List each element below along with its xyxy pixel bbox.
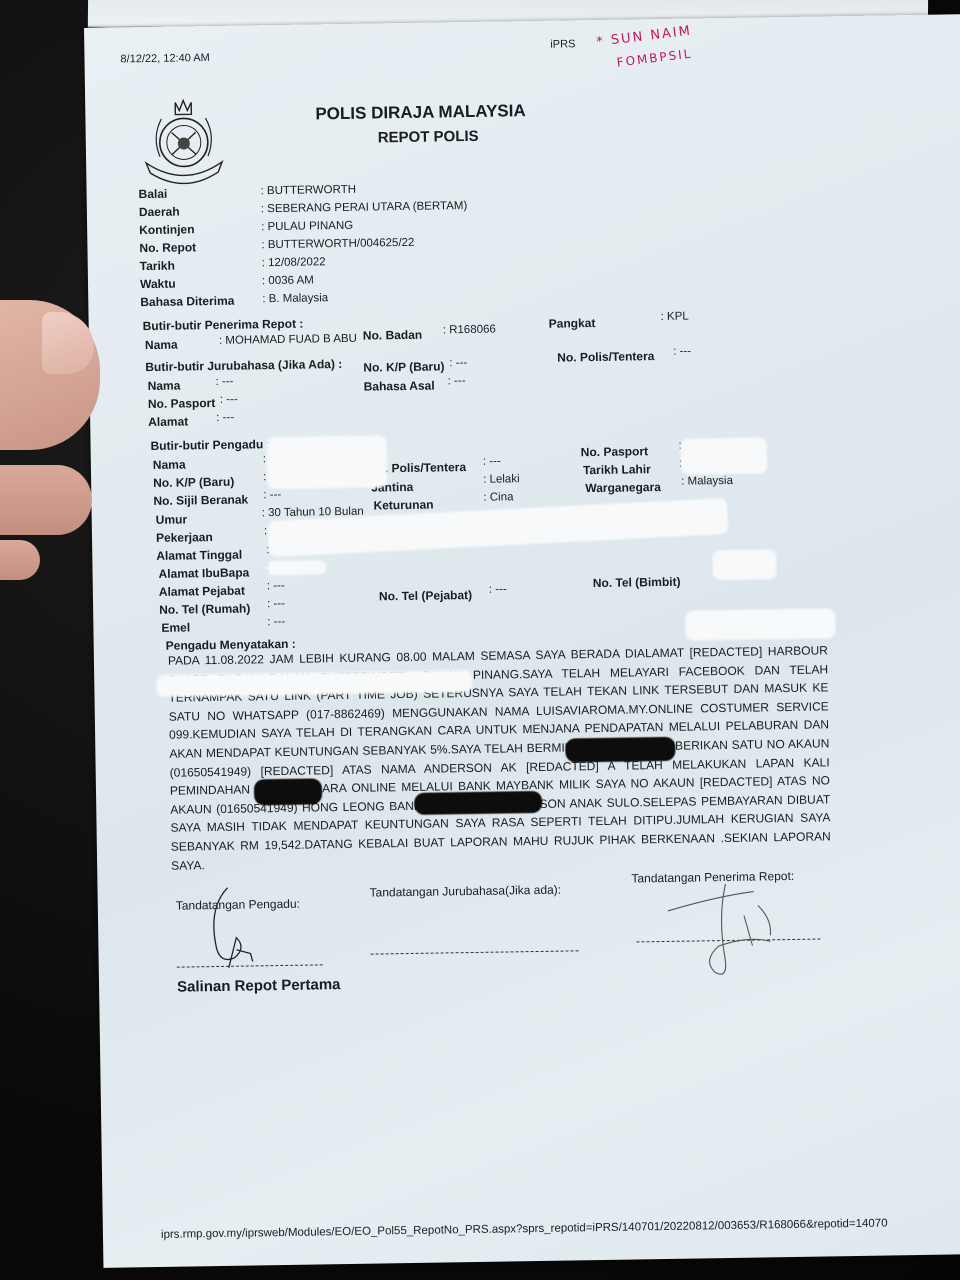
field-label: Emel — [161, 620, 190, 634]
copy-note: Salinan Repot Pertama — [177, 976, 341, 996]
field-value: : --- — [267, 598, 285, 610]
redaction — [414, 791, 542, 815]
field-value: : 0036 AM — [262, 274, 314, 287]
handwritten-note-2: FOMBPSIL — [616, 47, 693, 70]
field-label: No. Pasport — [581, 444, 649, 459]
field-label: No. K/P (Baru) — [363, 359, 444, 374]
police-report-document: 8/12/22, 12:40 AM iPRS * SUN NAIM FOMBPS… — [84, 14, 960, 1268]
field-value: : Lelaki — [483, 473, 520, 486]
field-label: Nama — [148, 379, 181, 394]
report-number: : BUTTERWORTH/004625/22 — [261, 237, 414, 251]
field-label: No. Tel (Rumah) — [159, 601, 250, 616]
field-value: : — [263, 471, 266, 483]
field-label: Nama — [153, 457, 186, 472]
field-label: Pangkat — [549, 316, 596, 331]
field-value: : — [263, 453, 266, 465]
field-value: : PULAU PINANG — [261, 220, 353, 233]
redaction — [565, 737, 675, 763]
field-label: Warganegara — [585, 480, 661, 495]
signature-line — [371, 950, 579, 954]
redaction — [254, 778, 322, 805]
field-label: No. Sijil Beranak — [153, 492, 248, 507]
field-label: Pekerjaan — [156, 530, 213, 545]
field-value: : BUTTERWORTH — [260, 184, 356, 197]
section-heading: Butir-butir Jurubahasa (Jika Ada) : — [145, 357, 342, 374]
section-heading: Butir-butir Penerima Repot : — [143, 317, 304, 334]
field-value: : --- — [267, 616, 285, 628]
signature-label-interpreter: Tandatangan Jurubahasa(Jika ada): — [370, 883, 562, 900]
system-label: iPRS — [550, 38, 575, 50]
field-label: No. Tel (Pejabat) — [379, 588, 472, 603]
field-value: : --- — [216, 412, 234, 424]
redaction — [266, 435, 387, 489]
field-label: Waktu — [140, 277, 176, 292]
field-value: : Cina — [483, 491, 513, 503]
field-label: Alamat Pejabat — [159, 584, 245, 599]
field-label: Tarikh Lahir — [583, 462, 651, 477]
field-value: : --- — [489, 583, 507, 595]
field-label: No. Polis/Tentera — [557, 349, 654, 365]
redaction — [266, 560, 326, 575]
page-subtitle: REPOT POLIS — [378, 128, 479, 147]
field-label: Bahasa Asal — [364, 379, 435, 394]
field-value: : R168066 — [443, 324, 496, 337]
field-value: : --- — [448, 375, 466, 387]
redaction — [712, 549, 776, 580]
field-value: : 12/08/2022 — [262, 256, 326, 269]
receiver-signature-icon — [657, 875, 809, 987]
field-label: Tarikh — [140, 259, 175, 274]
field-value: : --- — [267, 580, 285, 592]
field-label: No. Badan — [363, 328, 423, 343]
handwritten-note-1: * SUN NAIM — [596, 23, 693, 49]
field-value: : --- — [673, 346, 691, 358]
field-value: : MOHAMAD FUAD B ABU — [219, 333, 357, 347]
field-value: : B. Malaysia — [262, 292, 328, 305]
field-value: : --- — [263, 489, 281, 501]
field-value: : --- — [449, 357, 467, 369]
page-title: POLIS DIRAJA MALAYSIA — [315, 101, 526, 124]
field-label: Alamat IbuBapa — [158, 565, 249, 580]
complainant-signature-icon — [197, 877, 279, 978]
field-label: Keturunan — [373, 498, 433, 513]
field-label: No. Pasport — [148, 396, 216, 411]
field-label: Alamat — [148, 414, 188, 429]
holding-hand — [0, 300, 110, 580]
field-label: Balai — [139, 187, 168, 201]
field-label: Nama — [145, 338, 178, 353]
field-value: : KPL — [661, 311, 689, 323]
field-label: Bahasa Diterima — [140, 294, 234, 309]
field-value: : --- — [220, 394, 238, 406]
field-value: : Malaysia — [681, 475, 733, 488]
field-value: : --- — [215, 376, 233, 388]
section-heading: Butir-butir Pengadu : — [150, 437, 270, 453]
field-label: Daerah — [139, 205, 180, 220]
field-label: No. Repot — [139, 240, 196, 255]
redaction — [681, 437, 768, 474]
field-label: Kontinjen — [139, 222, 195, 237]
redaction — [685, 608, 835, 640]
field-label: No. Tel (Bimbit) — [593, 575, 681, 590]
print-timestamp: 8/12/22, 12:40 AM — [120, 52, 209, 65]
field-label: Alamat Tinggal — [156, 548, 242, 563]
field-label: Umur — [156, 512, 188, 526]
field-value: : SEBERANG PERAI UTARA (BERTAM) — [261, 200, 468, 215]
footer-url: iprs.rmp.gov.my/iprsweb/Modules/EO/EO_Po… — [161, 1218, 888, 1241]
field-value: : --- — [483, 456, 501, 468]
field-label: No. K/P (Baru) — [153, 475, 234, 490]
pdrm-crest-icon — [137, 96, 230, 189]
